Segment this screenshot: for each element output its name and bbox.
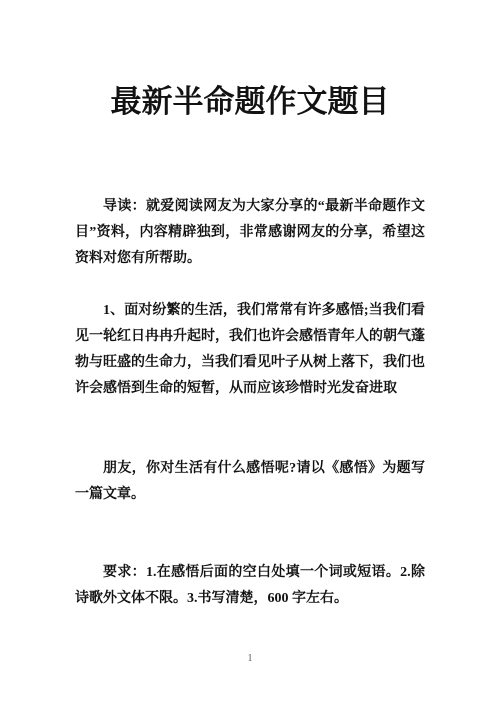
text-line: 导读：就爱阅读网友为大家分享的“最新半命题作文题 [75,194,425,220]
text-line: 1、面对纷繁的生活，我们常常有许多感悟;当我们看 [75,298,425,324]
document-page: 最新半命题作文题目 导读：就爱阅读网友为大家分享的“最新半命题作文题 目”资料，… [0,0,500,707]
text-line: 要求：1.在感悟后面的空白处填一个词或短语。2.除 [75,560,425,586]
paragraph-prompt: 朋友，你对生活有什么感悟呢?请以《感悟》为题写 一篇文章。 [75,456,425,508]
paragraph-intro: 导读：就爱阅读网友为大家分享的“最新半命题作文题 目”资料，内容精辟独到，非常感… [75,194,425,272]
text-line: 勃与旺盛的生命力，当我们看见叶子从树上落下，我们也 [75,350,425,376]
page-number: 1 [0,652,500,666]
paragraph-requirements: 要求：1.在感悟后面的空白处填一个词或短语。2.除 诗歌外文体不限。3.书写清楚… [75,560,425,612]
paragraph-topic-1: 1、面对纷繁的生活，我们常常有许多感悟;当我们看 见一轮红日冉冉升起时，我们也许… [75,298,425,402]
text-line: 见一轮红日冉冉升起时，我们也许会感悟青年人的朝气蓬 [75,324,425,350]
text-line: 资料对您有所帮助。 [75,246,425,272]
text-line: 许会感悟到生命的短暂，从而应该珍惜时光发奋进取 [75,376,425,402]
text-line: 一篇文章。 [75,482,425,508]
text-line: 诗歌外文体不限。3.书写清楚，600 字左右。 [75,586,425,612]
text-line: 朋友，你对生活有什么感悟呢?请以《感悟》为题写 [75,456,425,482]
text-line: 目”资料，内容精辟独到，非常感谢网友的分享，希望这篇 [75,220,425,246]
document-title: 最新半命题作文题目 [0,83,500,121]
